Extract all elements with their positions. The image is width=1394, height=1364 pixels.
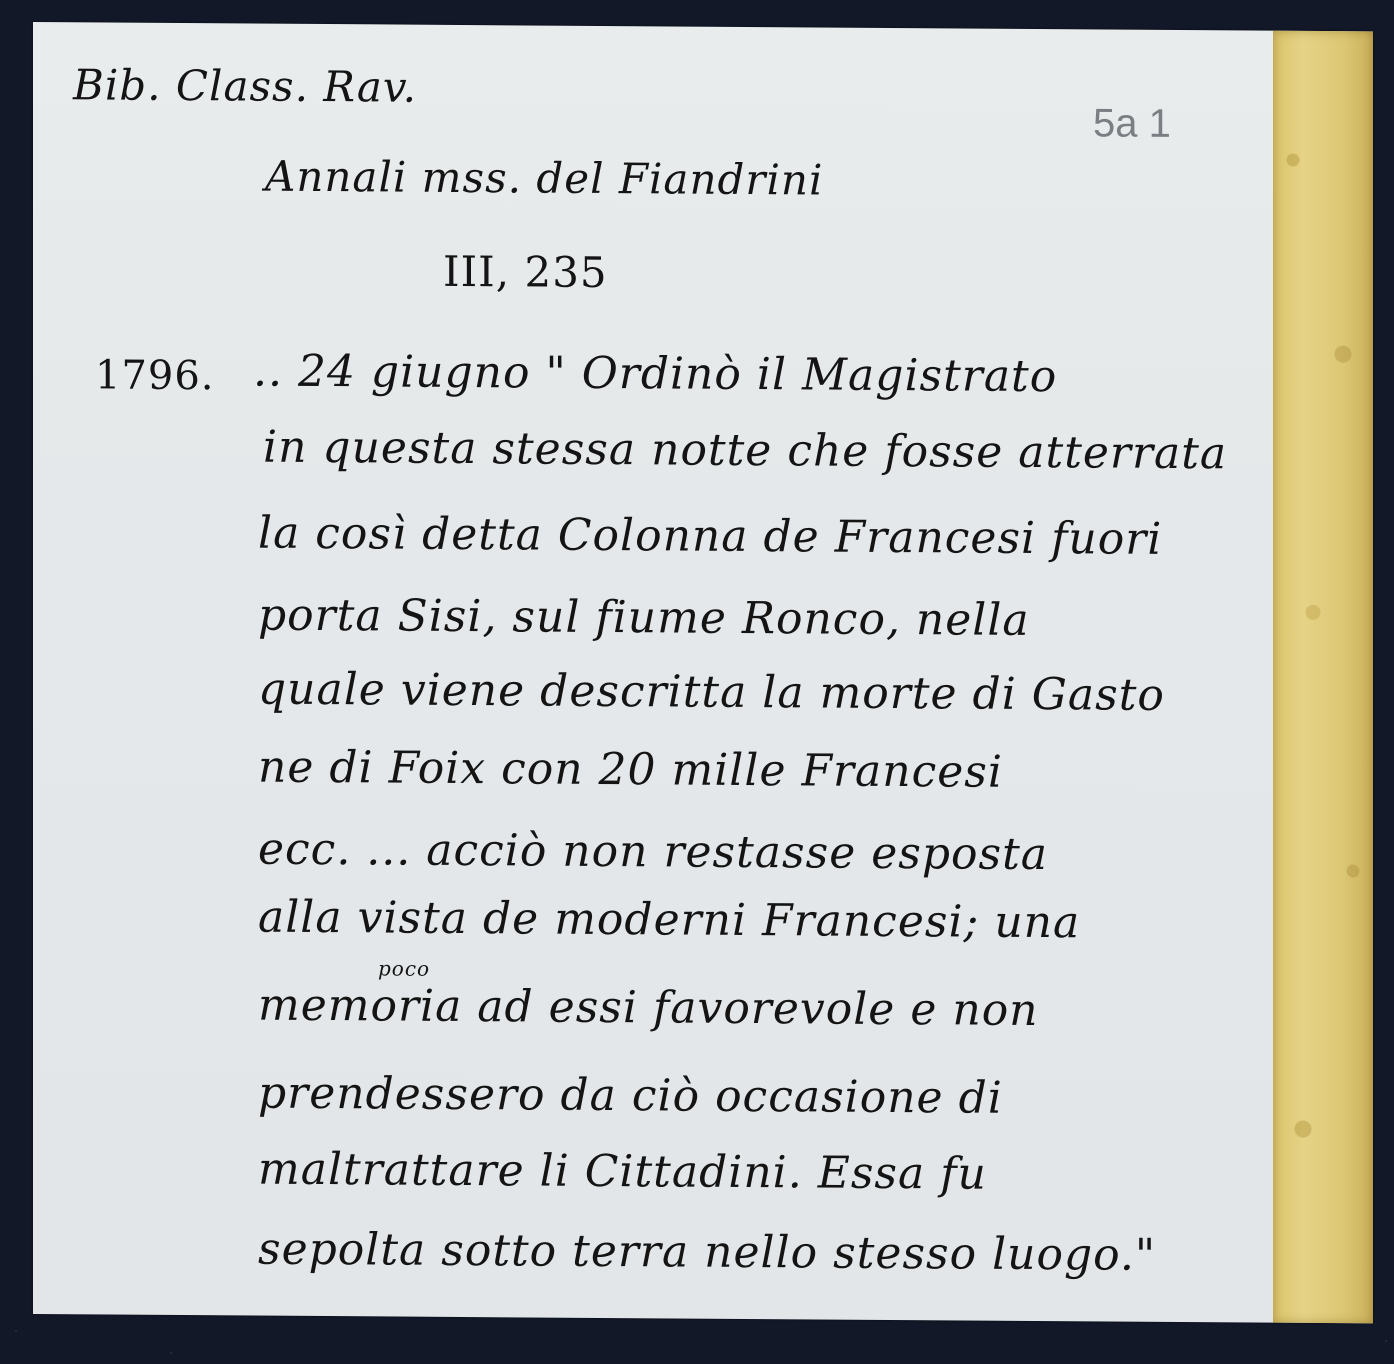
entry-line-9: memoria ad essi favorevole e non (258, 980, 1039, 1036)
background-speck (1385, 1340, 1387, 1342)
entry-line-1: .. 24 giugno " Ordinò il Magistrato (253, 346, 1057, 403)
background-speck (170, 1352, 172, 1354)
adhesive-tape-strip (1273, 31, 1373, 1324)
entry-line-7: ecc. ... acciò non restasse esposta (258, 824, 1048, 881)
entry-line-2: in questa stessa notte che fosse atterra… (263, 422, 1227, 480)
reference-line: III, 235 (443, 247, 608, 297)
entry-year: 1796. (95, 352, 215, 399)
interlinear-insertion: poco (378, 956, 430, 980)
entry-line-6: ne di Foix con 20 mille Francesi (258, 742, 1003, 798)
catalog-mark: 5a 1 (1093, 101, 1171, 147)
entry-line-5: quale viene descritta la morte di Gasto (258, 664, 1165, 721)
entry-line-11: maltrattare li Cittadini. Essa fu (258, 1144, 987, 1200)
background-speck (15, 1330, 17, 1332)
entry-line-3: la così detta Colonna de Francesi fuori (258, 508, 1162, 565)
entry-line-8: alla vista de moderni Francesi; una (258, 892, 1080, 949)
entry-line-10: prendessero da ciò occasione di (258, 1068, 1003, 1124)
entry-line-12: sepolta sotto terra nello stesso luogo." (258, 1224, 1156, 1281)
entry-line-4: porta Sisi, sul fiume Ronco, nella (258, 590, 1030, 646)
title-line: Annali mss. del Fiandrini (265, 152, 823, 205)
note-card: Bib. Class. Rav. 5a 1 Annali mss. del Fi… (33, 22, 1373, 1323)
source-line: Bib. Class. Rav. (73, 60, 417, 111)
